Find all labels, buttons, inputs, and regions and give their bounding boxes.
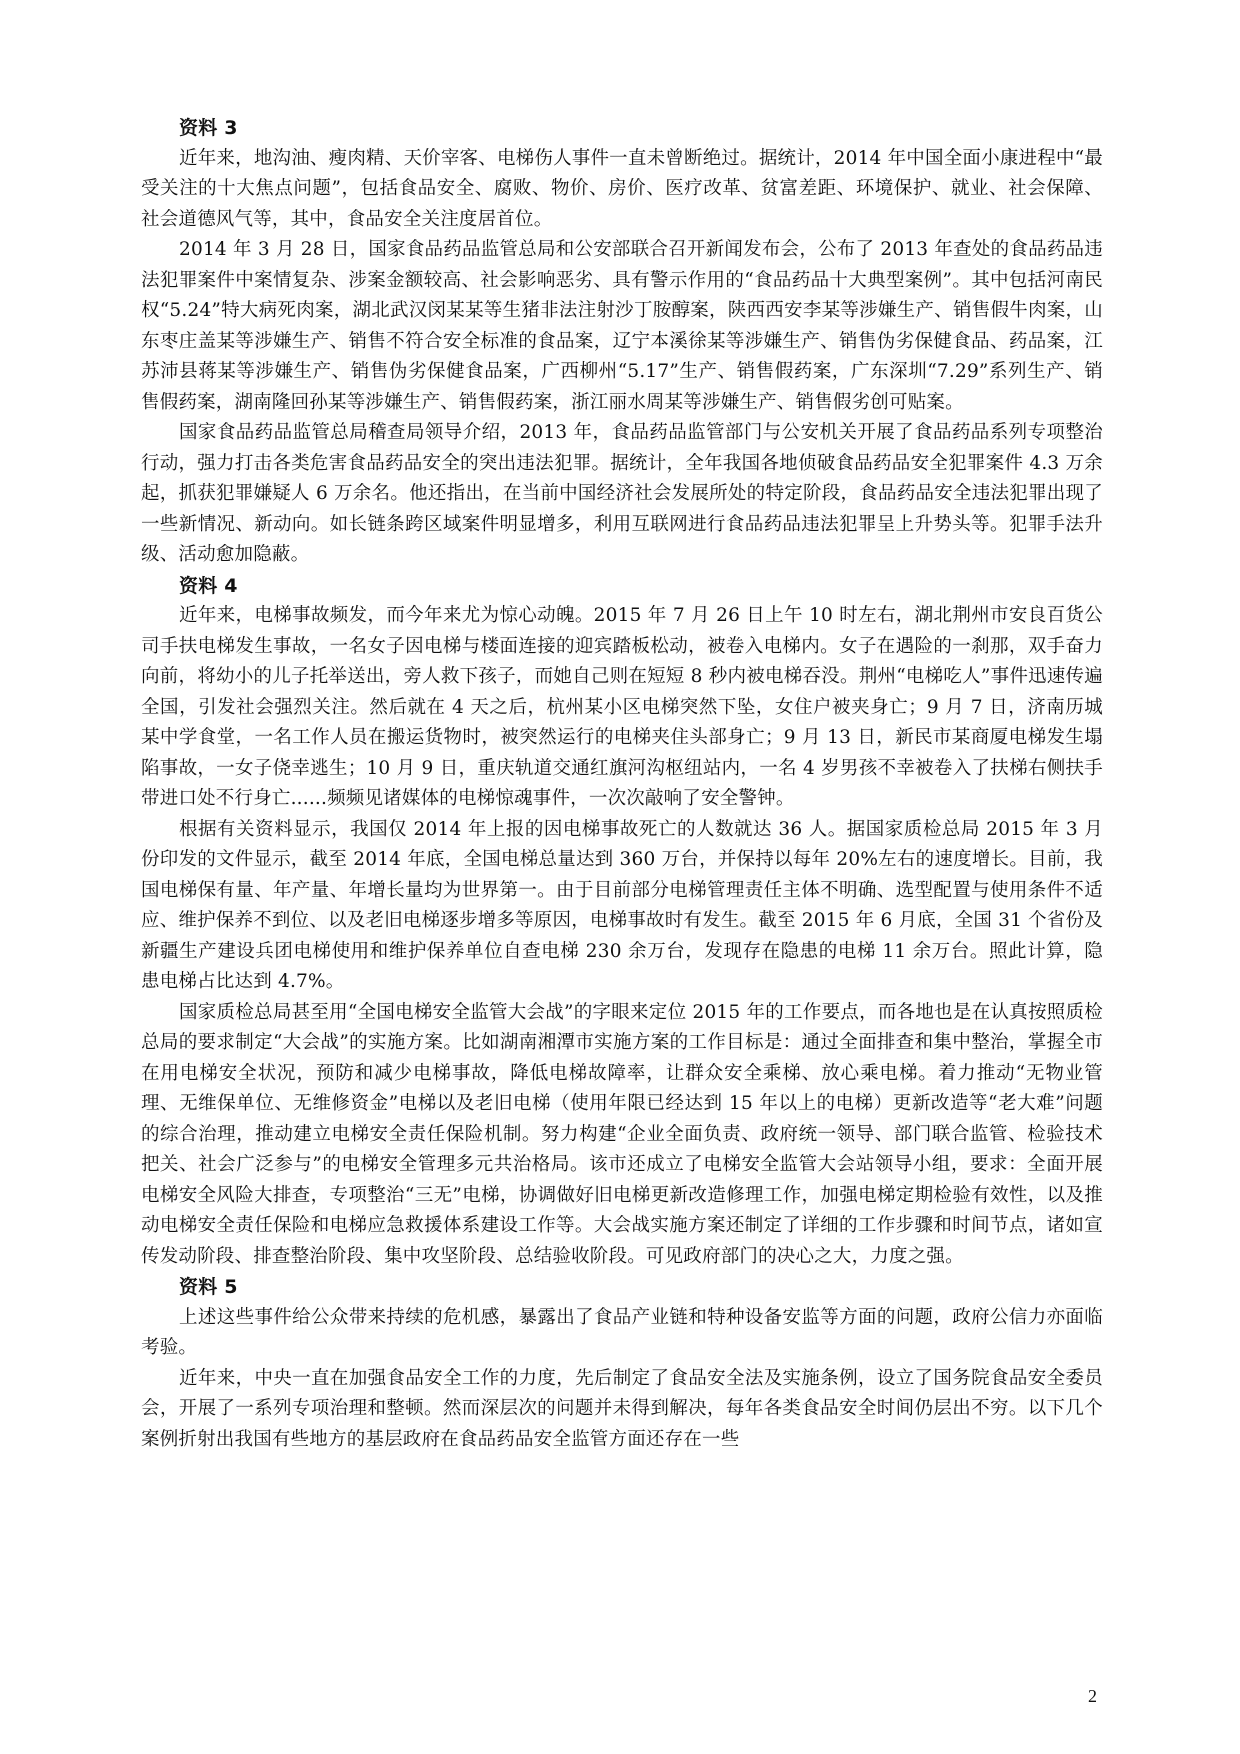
- paragraph: 国家食品药品监管总局稽查局领导介绍，2013 年，食品药品监管部门与公安机关开展…: [141, 418, 1103, 571]
- section-material-5: 资料 5 上述这些事件给公众带来持续的危机感，暴露出了食品产业链和特种设备安监等…: [141, 1272, 1103, 1455]
- paragraph: 上述这些事件给公众带来持续的危机感，暴露出了食品产业链和特种设备安监等方面的问题…: [141, 1303, 1103, 1364]
- paragraph: 近年来，地沟油、瘦肉精、天价宰客、电梯伤人事件一直未曾断绝过。据统计，2014 …: [141, 144, 1103, 236]
- paragraph: 近年来，电梯事故频发，而今年来尤为惊心动魄。2015 年 7 月 26 日上午 …: [141, 601, 1103, 815]
- paragraph: 近年来，中央一直在加强食品安全工作的力度，先后制定了食品安全法及实施条例，设立了…: [141, 1364, 1103, 1456]
- document-page: 资料 3 近年来，地沟油、瘦肉精、天价宰客、电梯伤人事件一直未曾断绝过。据统计，…: [141, 113, 1103, 1455]
- section-heading: 资料 3: [141, 113, 1103, 144]
- section-material-4: 资料 4 近年来，电梯事故频发，而今年来尤为惊心动魄。2015 年 7 月 26…: [141, 571, 1103, 1273]
- paragraph: 根据有关资料显示，我国仅 2014 年上报的因电梯事故死亡的人数就达 36 人。…: [141, 815, 1103, 998]
- page-number: 2: [1088, 1686, 1097, 1707]
- section-material-3: 资料 3 近年来，地沟油、瘦肉精、天价宰客、电梯伤人事件一直未曾断绝过。据统计，…: [141, 113, 1103, 571]
- paragraph: 国家质检总局甚至用“全国电梯安全监管大会战”的字眼来定位 2015 年的工作要点…: [141, 998, 1103, 1273]
- section-heading: 资料 4: [141, 571, 1103, 602]
- paragraph: 2014 年 3 月 28 日，国家食品药品监管总局和公安部联合召开新闻发布会，…: [141, 235, 1103, 418]
- section-heading: 资料 5: [141, 1272, 1103, 1303]
